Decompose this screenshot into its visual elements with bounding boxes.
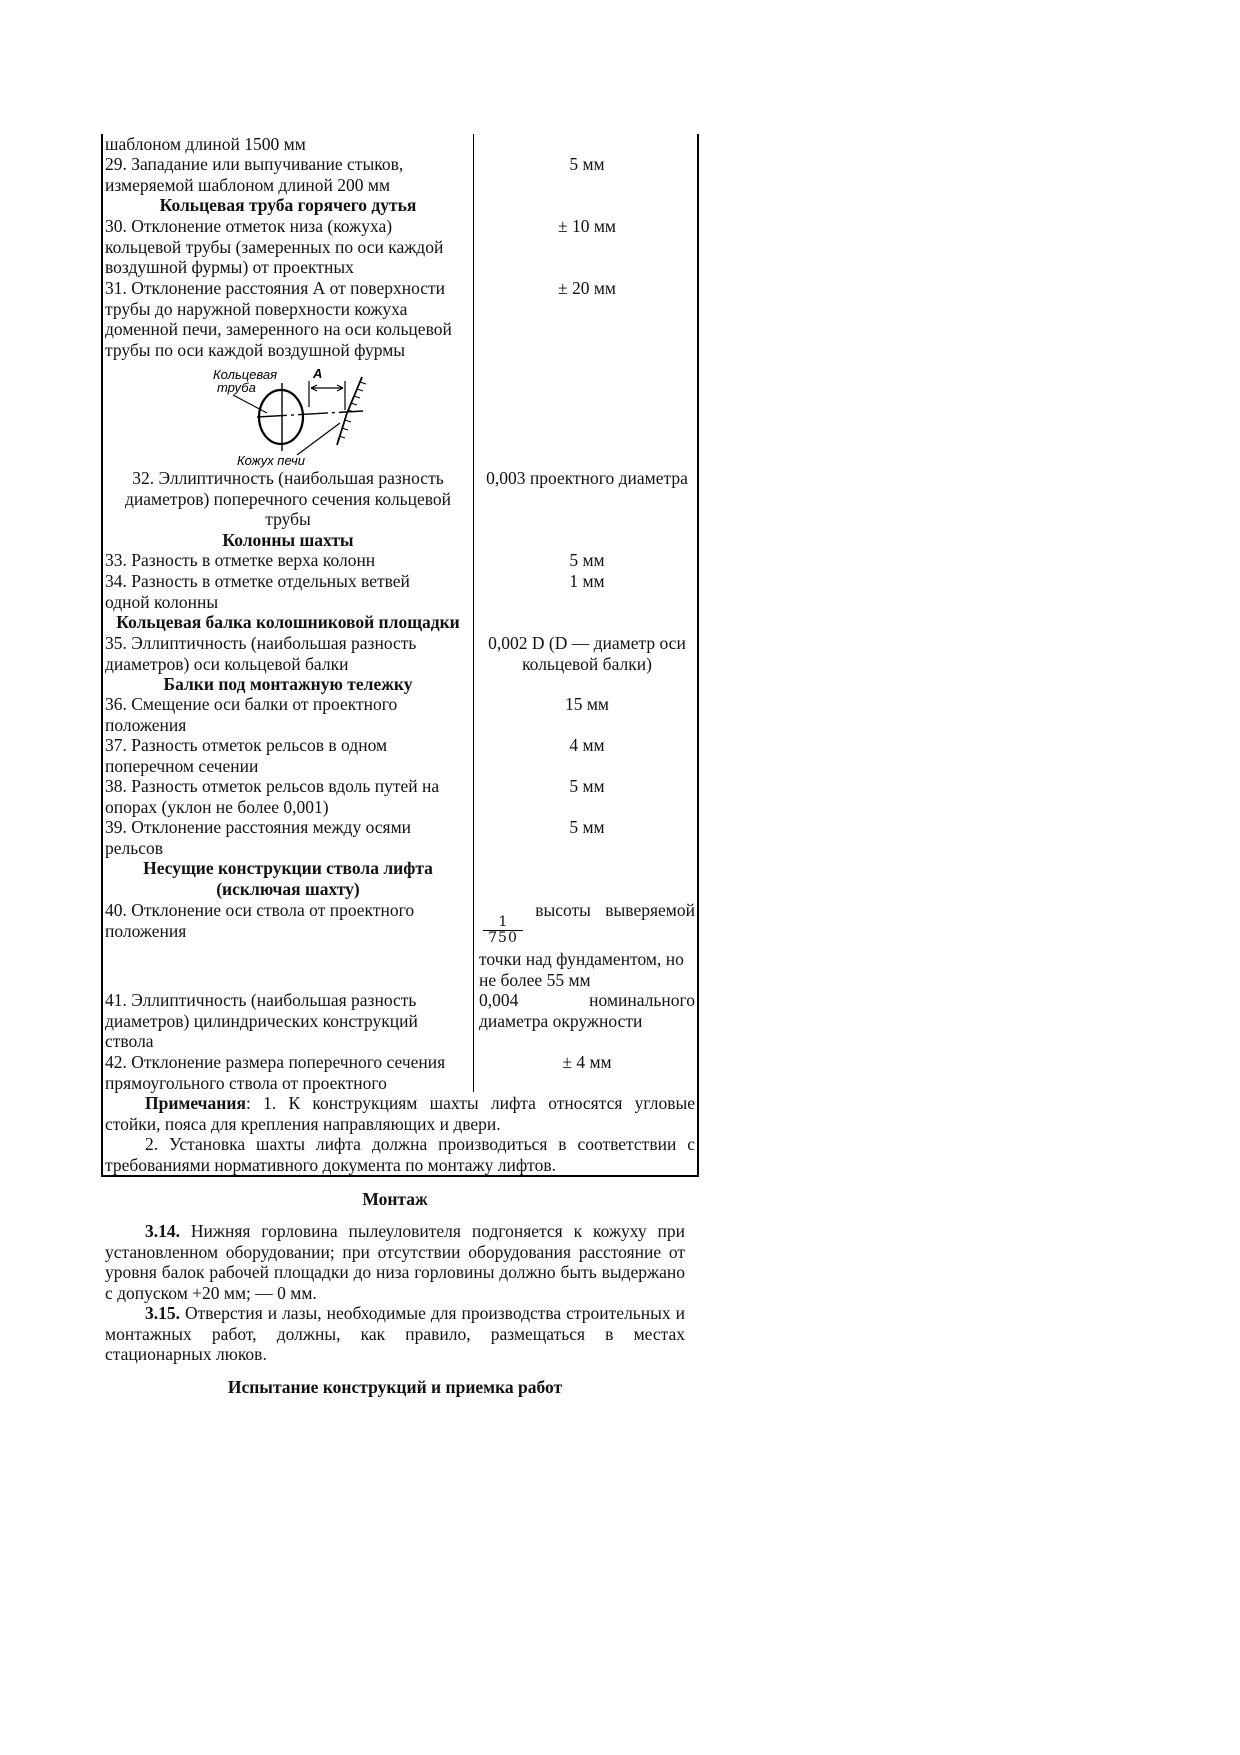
row-text: 35. Эллиптичность (наибольшая разность д… bbox=[105, 633, 471, 674]
row-text: 37. Разность отметок рельсов в одном поп… bbox=[105, 735, 471, 776]
section-header-ring-beam: Кольцевая балка колошниковой площадки bbox=[105, 612, 471, 633]
table-left-border bbox=[101, 134, 103, 1176]
row-value: 5 мм bbox=[479, 776, 695, 797]
section-title-testing: Испытание конструкций и приемка работ bbox=[105, 1377, 685, 1398]
paragraph-3-15: 3.15. Отверстия и лазы, необходимые для … bbox=[105, 1303, 685, 1365]
paragraph-text: Отверстия и лазы, необходимые для произв… bbox=[105, 1303, 685, 1364]
section-header-columns: Колонны шахты bbox=[105, 530, 471, 551]
table-column-divider bbox=[473, 134, 474, 1092]
row-value: 1 мм bbox=[479, 571, 695, 592]
row-text: 41. Эллиптичность (наибольшая разность д… bbox=[105, 990, 471, 1052]
fraction-numerator: 1 bbox=[483, 915, 523, 931]
figure-label-casing: Кожух печи bbox=[237, 453, 305, 468]
paragraph-text: Нижняя горловина пылеуловителя подгоняет… bbox=[105, 1221, 685, 1303]
paragraph-number: 3.15. bbox=[145, 1303, 180, 1323]
row-value: ± 10 мм bbox=[479, 216, 695, 237]
row-text: 39. Отклонение расстояния между осями ре… bbox=[105, 817, 471, 858]
row-text: 38. Разность отметок рельсов вдоль путей… bbox=[105, 776, 471, 817]
section-header-ring-pipe: Кольцевая труба горячего дутья bbox=[105, 195, 471, 216]
row-text: 29. Западание или выпучивание стыков, из… bbox=[105, 154, 471, 195]
row-value-c: диаметра окружности bbox=[479, 1011, 695, 1032]
table-bottom-border bbox=[101, 1175, 699, 1177]
row-text: 40. Отклонение оси ствола от проектного … bbox=[105, 900, 471, 941]
row-text: 33. Разность в отметке верха колонн bbox=[105, 550, 471, 571]
table-note-1: Примечания: 1. К конструкциям шахты лифт… bbox=[105, 1093, 695, 1134]
fraction-denominator: 750 bbox=[483, 931, 523, 946]
row-text: 42. Отклонение размера поперечного сечен… bbox=[105, 1052, 471, 1093]
figure-label-pipe-2: труба bbox=[217, 380, 256, 395]
row-value: 0,003 проектного диаметра bbox=[479, 468, 695, 489]
row-value-b: номинального bbox=[589, 990, 695, 1011]
section-header-trolley-beams: Балки под монтажную тележку bbox=[105, 674, 471, 695]
row-value: ± 4 мм bbox=[479, 1052, 695, 1073]
row-text: шаблоном длиной 1500 мм bbox=[105, 134, 471, 155]
row-value: 0,002 D (D — диаметр оси кольцевой балки… bbox=[479, 633, 695, 674]
fraction-1-750: 1 750 bbox=[483, 915, 523, 946]
ring-pipe-diagram: Кольцевая труба А Кожух печи bbox=[205, 365, 375, 470]
notes-label: Примечания bbox=[145, 1093, 246, 1113]
table-right-border bbox=[697, 1093, 699, 1176]
row-value: 0,004 номинального диаметра окружности bbox=[479, 990, 695, 1031]
row-text: 31. Отклонение расстояния А от поверхнос… bbox=[105, 278, 471, 360]
row-value-line2: точки над фундаментом, но не более 55 мм bbox=[479, 949, 695, 990]
row-value: 5 мм bbox=[479, 154, 695, 175]
row-value: 5 мм bbox=[479, 817, 695, 838]
row-value-a: 0,004 bbox=[479, 990, 518, 1010]
row-value: 4 мм bbox=[479, 735, 695, 756]
paragraph-number: 3.14. bbox=[145, 1221, 180, 1241]
paragraph-3-14: 3.14. Нижняя горловина пылеуловителя под… bbox=[105, 1221, 685, 1303]
table-note-2: 2. Установка шахты лифта должна производ… bbox=[105, 1134, 695, 1175]
row-text: 36. Смещение оси балки от проектного пол… bbox=[105, 694, 471, 735]
section-title-mounting: Монтаж bbox=[105, 1189, 685, 1210]
row-value: 15 мм bbox=[479, 694, 695, 715]
row-value: 5 мм bbox=[479, 550, 695, 571]
row-text: 32. Эллиптичность (наибольшая разность д… bbox=[105, 468, 471, 530]
table-right-border-upper bbox=[697, 134, 699, 1094]
row-value: ± 20 мм bbox=[479, 278, 695, 299]
row-text: 34. Разность в отметке отдельных ветвей … bbox=[105, 571, 471, 612]
figure-label-a: А bbox=[312, 366, 322, 381]
row-text: 30. Отклонение отметок низа (кожуха) кол… bbox=[105, 216, 471, 278]
section-header-lift: Несущие конструкции ствола лифта (исключ… bbox=[105, 858, 471, 899]
